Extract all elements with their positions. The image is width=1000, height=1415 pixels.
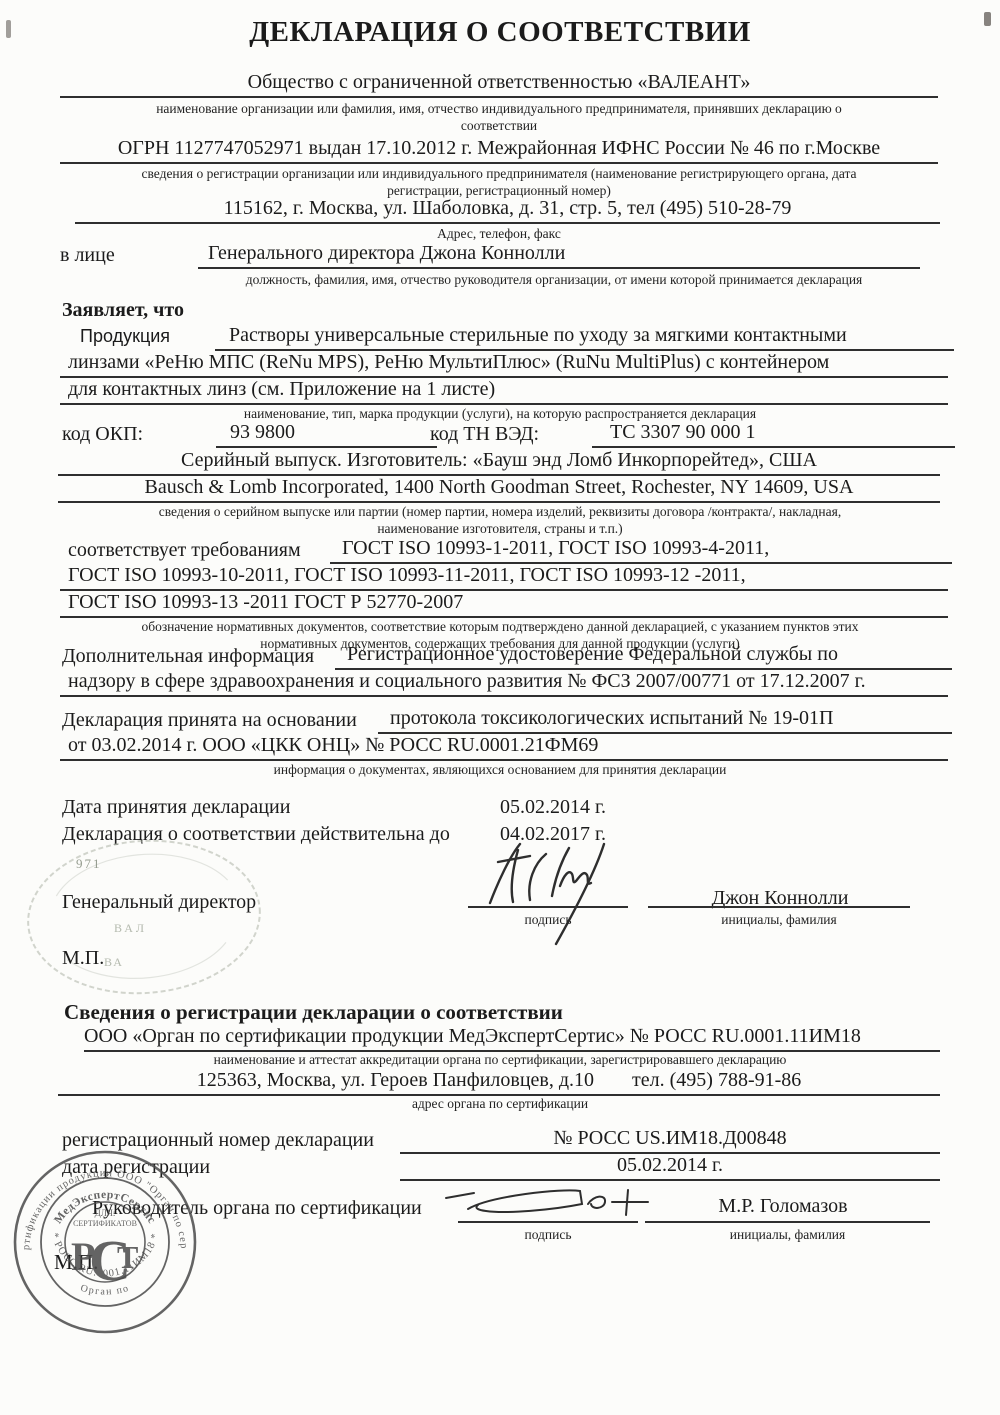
conform-line-3: ГОСТ ISO 10993-13 -2011 ГОСТ Р 52770-200… (60, 590, 948, 618)
basis-line-1: протокола токсикологических испытаний № … (378, 706, 952, 734)
name-line (648, 906, 910, 908)
product-label: Продукция (80, 326, 170, 347)
serial-line-1: Серийный выпуск. Изготовитель: «Бауш энд… (58, 448, 940, 476)
cert-address-row: 125363, Москва, ул. Героев Панфиловцев, … (58, 1068, 940, 1096)
addinfo-label: Дополнительная информация (62, 644, 314, 668)
tnved-label: код ТН ВЭД: (430, 422, 539, 446)
in-person-label: в лице (60, 243, 115, 267)
stamp-place-mark: М.П. (62, 946, 104, 970)
okp-label: код ОКП: (62, 422, 143, 446)
cert-phone: тел. (495) 788-91-86 (632, 1069, 801, 1091)
product-line-3: для контактных линз (см. Приложение на 1… (60, 377, 948, 405)
name-line (645, 1221, 930, 1223)
in-person-value: Генерального директора Джона Коннолли (198, 241, 920, 269)
conform-line-2: ГОСТ ISO 10993-10-2011, ГОСТ ISO 10993-1… (60, 563, 948, 591)
registrant-address: 115162, г. Москва, ул. Шаболовка, д. 31,… (75, 196, 940, 224)
faint-stamp-fragment: ВАЛ (114, 921, 147, 935)
faint-stamp-fragment: 971 (76, 856, 102, 871)
document-title: ДЕКЛАРАЦИЯ О СООТВЕТСТВИИ (0, 16, 1000, 48)
reg-number-value: № РОСС US.ИМ18.Д00848 (400, 1126, 940, 1154)
rst-logo-icon: Р С Т (71, 1228, 138, 1293)
basis-line-2: от 03.02.2014 г. ООО «ЦКК ОНЦ» № РОСС RU… (60, 733, 948, 761)
faint-oval-stamp: 971 ВАЛ ВА (18, 832, 270, 1002)
director-label: Генеральный директор (62, 890, 256, 914)
certification-round-stamp: сертификации продукции ООО "Орган по сер… (13, 1150, 197, 1334)
name-caption: инициалы, фамилия (645, 1227, 930, 1244)
signature-caption: подпись (458, 1227, 638, 1244)
signature-caption: подпись (468, 912, 628, 929)
declares-heading: Заявляет, что (62, 298, 184, 322)
cert-org-line: ООО «Орган по сертификации продукции Мед… (84, 1024, 940, 1052)
stamp-center-text: СЕРТИФИКАТОВ (73, 1219, 137, 1228)
signature-line (458, 1221, 638, 1223)
basis-label: Декларация принята на основании (62, 708, 357, 732)
tnved-value: ТС 3307 90 000 1 (592, 420, 955, 448)
serial-caption: сведения о серийном выпуске или партии (… (60, 504, 940, 537)
conform-label: соответствует требованиям (68, 538, 301, 562)
product-line-1: Растворы универсальные стерильные по ухо… (215, 323, 954, 351)
serial-line-2: Bausch & Lomb Incorporated, 1400 North G… (58, 475, 940, 503)
stamp-center-text: ДЛЯ: (95, 1208, 116, 1218)
adopt-date-value: 05.02.2014 г. (500, 795, 606, 819)
okp-value: 93 9800 (216, 420, 437, 448)
cert-org-caption: наименование и аттестат аккредитации орг… (60, 1052, 940, 1069)
cert-address: 125363, Москва, ул. Героев Панфиловцев, … (197, 1069, 594, 1091)
registrant-ogrn-caption: сведения о регистрации организации или и… (60, 166, 938, 199)
product-line-2: линзами «РеНю МПС (ReNu MPS), РеНю Мульт… (60, 350, 948, 378)
basis-caption: информация о документах, являющихся осно… (60, 762, 940, 779)
addinfo-line-1: Регистрационное удостоверение Федерально… (335, 642, 952, 670)
adopt-date-label: Дата принятия декларации (62, 795, 290, 819)
conform-line-1: ГОСТ ISO 10993-1-2011, ГОСТ ISO 10993-4-… (330, 536, 952, 564)
registrant-org-caption: наименование организации или фамилия, им… (60, 101, 938, 134)
registrant-org-name: Общество с ограниченной ответственностью… (60, 70, 938, 98)
reg-date-value: 05.02.2014 г. (400, 1153, 940, 1181)
registration-heading: Сведения о регистрации декларации о соот… (64, 1000, 563, 1024)
addinfo-line-2: надзору в сфере здравоохранения и социал… (60, 669, 948, 697)
declaration-document: ДЕКЛАРАЦИЯ О СООТВЕТСТВИИ Общество с огр… (0, 0, 1000, 1415)
reg-number-label: регистрационный номер декларации (62, 1128, 374, 1152)
director-signature (468, 840, 633, 950)
svg-text:Т: Т (117, 1239, 138, 1275)
cert-head-name: М.Р. Голомазов (648, 1194, 918, 1218)
name-caption: инициалы, фамилия (648, 912, 910, 929)
signature-line (468, 906, 628, 908)
cert-address-caption: адрес органа по сертификации (60, 1096, 940, 1113)
registrant-ogrn: ОГРН 1127747052971 выдан 17.10.2012 г. М… (60, 136, 938, 164)
faint-stamp-fragment: ВА (104, 955, 124, 969)
in-person-caption: должность, фамилия, имя, отчество руково… (198, 272, 910, 289)
